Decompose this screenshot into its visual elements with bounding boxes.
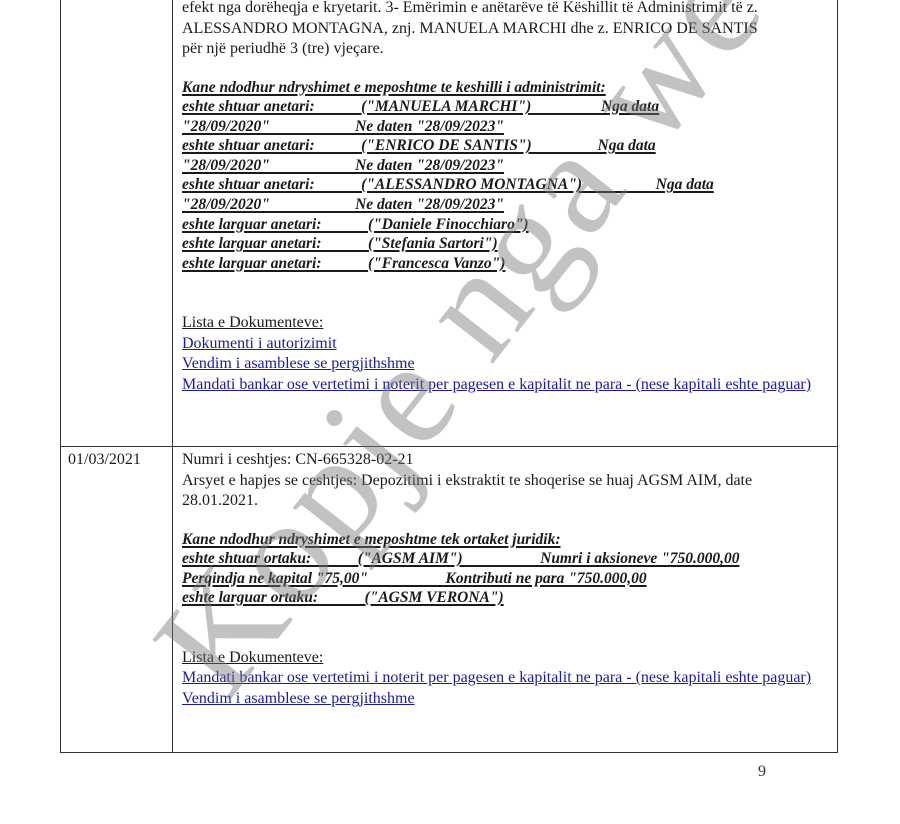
intro-line: për një periudhë 3 (tre) vjeçare.: [182, 39, 829, 60]
document-link[interactable]: Dokumenti i autorizimit: [182, 334, 829, 355]
intro-line: efekt nga dorëheqja e kryetarit. 3- Emër…: [182, 0, 829, 19]
case-number: Numri i ceshtjes: CN-665328-02-21: [182, 450, 829, 471]
change-line: eshte shtuar ortaku: ("AGSM AIM") Numri …: [182, 549, 829, 569]
row-details: efekt nga dorëheqja e kryetarit. 3- Emër…: [182, 0, 829, 395]
column-divider: [172, 447, 173, 753]
table-row: 01/03/2021 Numri i ceshtjes: CN-665328-0…: [61, 446, 837, 753]
document-link[interactable]: Mandati bankar ose vertetimi i noterit p…: [182, 375, 829, 396]
document-link[interactable]: Mandati bankar ose vertetimi i noterit p…: [182, 668, 829, 689]
change-line: Perqindja ne kapital "75,00" Kontributi …: [182, 569, 829, 589]
change-line: "28/09/2020" Ne daten "28/09/2023": [182, 156, 829, 176]
change-line: eshte larguar ortaku: ("AGSM VERONA"): [182, 588, 829, 608]
changes-heading: Kane ndodhur ndryshimet e meposhtme te k…: [182, 78, 829, 98]
column-divider: [172, 0, 173, 446]
change-line: "28/09/2020" Ne daten "28/09/2023": [182, 195, 829, 215]
registry-table: efekt nga dorëheqja e kryetarit. 3- Emër…: [60, 0, 838, 753]
change-line: eshte shtuar anetari: ("ALESSANDRO MONTA…: [182, 175, 829, 195]
case-reason: Arsyet e hapjes se ceshtjes: Depozitimi …: [182, 471, 829, 512]
documents-label: Lista e Dokumenteve:: [182, 313, 829, 334]
row-date: 01/03/2021: [68, 450, 141, 470]
row-details: Numri i ceshtjes: CN-665328-02-21 Arsyet…: [182, 450, 829, 709]
document-link[interactable]: Vendim i asamblese se pergjithshme: [182, 689, 829, 710]
change-line: eshte shtuar anetari: ("ENRICO DE SANTIS…: [182, 136, 829, 156]
change-line: eshte shtuar anetari: ("MANUELA MARCHI")…: [182, 97, 829, 117]
intro-line: ALESSANDRO MONTAGNA, znj. MANUELA MARCHI…: [182, 19, 829, 40]
documents-label: Lista e Dokumenteve:: [182, 648, 829, 669]
change-line: eshte larguar anetari: ("Stefania Sartor…: [182, 234, 829, 254]
change-line: "28/09/2020" Ne daten "28/09/2023": [182, 117, 829, 137]
change-line: eshte larguar anetari: ("Daniele Finocch…: [182, 215, 829, 235]
document-link[interactable]: Vendim i asamblese se pergjithshme: [182, 354, 829, 375]
page-number: 9: [758, 763, 766, 781]
table-row: efekt nga dorëheqja e kryetarit. 3- Emër…: [61, 0, 837, 446]
change-line: eshte larguar anetari: ("Francesca Vanzo…: [182, 254, 829, 274]
changes-heading: Kane ndodhur ndryshimet e meposhtme tek …: [182, 530, 829, 550]
document-page: efekt nga dorëheqja e kryetarit. 3- Emër…: [0, 0, 900, 824]
